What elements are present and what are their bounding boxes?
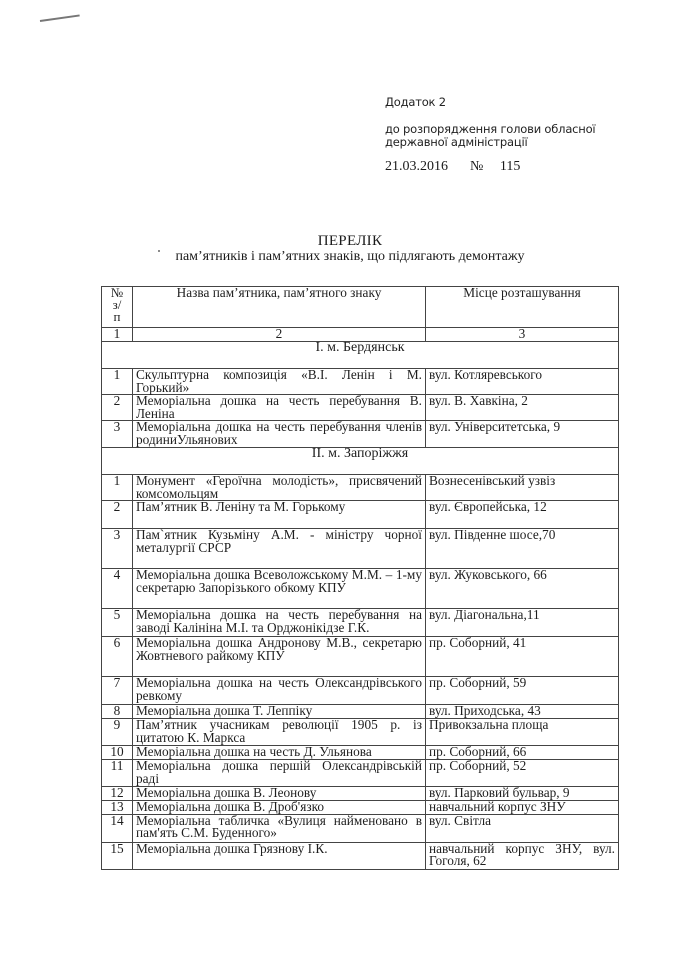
appendix-title: Додаток 2 [385,96,685,109]
cell-num: 14 [102,814,133,842]
cell-name: Меморіальна дошка Грязнову І.К. [133,842,426,869]
table-row: 2Пам’ятник В. Леніну та М. Горькомувул. … [102,501,619,529]
cell-num: 9 [102,719,133,746]
cell-place: вул. Жуковського, 66 [426,569,619,609]
appendix-block: Додаток 2 до розпорядження голови обласн… [385,96,685,175]
cell-name: Пам’ятник В. Леніну та М. Горькому [133,501,426,529]
scan-pen-mark [40,14,80,22]
cell-place: Вознесенівський узвіз [426,475,619,501]
cell-name: Меморіальна дошка на честь перебування В… [133,395,426,421]
order-date-number: 21.03.2016 № 115 [385,159,685,175]
cell-place: вул. Європейська, 12 [426,501,619,529]
table-row: 15Меморіальна дошка Грязнову І.К.навчаль… [102,842,619,869]
table-row: 4Меморіальна дошка Всеволожському М.М. –… [102,569,619,609]
cell-name: Меморіальна дошка Всеволожському М.М. – … [133,569,426,609]
cell-place: навчальний корпус ЗНУ, вул. Гоголя, 62 [426,842,619,869]
cell-num: 2 [102,501,133,529]
cell-place: вул. В. Хавкіна, 2 [426,395,619,421]
table-row: 2Меморіальна дошка на честь перебування … [102,395,619,421]
number-sign: № [470,159,483,174]
cell-num: 6 [102,637,133,677]
table-header-row: №з/п Назва пам’ятника, пам’ятного знаку … [102,287,619,328]
section-title: І. м. Бердянськ [102,342,619,369]
table-row: 3Пам`ятник Кузьміну А.М. - міністру чорн… [102,529,619,569]
cell-num: 1 [102,369,133,395]
order-date: 21.03.2016 [385,159,448,174]
cell-name: Меморіальна табличка «Вулиця найменовано… [133,814,426,842]
section-title: ІІ. м. Запоріжжя [102,448,619,475]
cell-name: Меморіальна дошка Андронову М.В., секрет… [133,637,426,677]
cell-num: 11 [102,760,133,787]
cell-name: Меморіальна дошка на честь перебування н… [133,609,426,637]
cell-name: Пам`ятник Кузьміну А.М. - міністру чорно… [133,529,426,569]
cell-place: Привокзальна площа [426,719,619,746]
table-row: 13Меморіальна дошка В. Дроб'язконавчальн… [102,801,619,815]
cell-num: 2 [102,395,133,421]
cell-place: вул. Котляревського [426,369,619,395]
header-name: Назва пам’ятника, пам’ятного знаку [133,287,426,328]
cell-place: пр. Соборний, 59 [426,677,619,705]
table-row: 5Меморіальна дошка на честь перебування … [102,609,619,637]
cell-name: Меморіальна дошка В. Дроб'язко [133,801,426,815]
cell-name: Меморіальна дошка на честь перебування ч… [133,421,426,448]
cell-num: 5 [102,609,133,637]
cell-place: вул. Світла [426,814,619,842]
cell-place: вул. Університетська, 9 [426,421,619,448]
heading-subtitle: пам’ятників і пам’ятних знаків, що підля… [0,249,700,264]
table-row: 7Меморіальна дошка на честь Олександрівс… [102,677,619,705]
cell-place: навчальний корпус ЗНУ [426,801,619,815]
column-index-1: 1 [102,328,133,342]
cell-place: пр. Соборний, 52 [426,760,619,787]
column-index-3: 3 [426,328,619,342]
cell-num: 13 [102,801,133,815]
table-row: 14Меморіальна табличка «Вулиця найменова… [102,814,619,842]
table-row: 11Меморіальна дошка першій Олександрівсь… [102,760,619,787]
cell-num: 7 [102,677,133,705]
cell-name: Скульптурна композиція «В.І. Ленін і М. … [133,369,426,395]
cell-name: Монумент «Героїчна молодість», присвячен… [133,475,426,501]
section-header-row: І. м. Бердянськ [102,342,619,369]
header-place: Місце розташування [426,287,619,328]
header-number-label: №з/п [111,285,123,324]
cell-name: Меморіальна дошка на честь Олександрівсь… [133,677,426,705]
header-number: №з/п [102,287,133,328]
cell-place: пр. Соборний, 41 [426,637,619,677]
heading-title: ПЕРЕЛІК [0,233,700,249]
table-row: 9Пам’ятник учасникам революції 1905 р. і… [102,719,619,746]
cell-place: вул. Діагональна,11 [426,609,619,637]
table-row: 1Монумент «Героїчна молодість», присвяче… [102,475,619,501]
cell-num: 4 [102,569,133,609]
cell-num: 3 [102,529,133,569]
order-number: 115 [500,159,520,174]
table-row: 6Меморіальна дошка Андронову М.В., секре… [102,637,619,677]
cell-num: 1 [102,475,133,501]
cell-num: 15 [102,842,133,869]
monuments-table: №з/п Назва пам’ятника, пам’ятного знаку … [101,286,619,870]
section-header-row: ІІ. м. Запоріжжя [102,448,619,475]
document-heading: ПЕРЕЛІК пам’ятників і пам’ятних знаків, … [0,233,700,264]
cell-place: вул. Південне шосе,70 [426,529,619,569]
cell-num: 3 [102,421,133,448]
cell-name: Пам’ятник учасникам революції 1905 р. із… [133,719,426,746]
scan-dot [158,250,160,252]
table-row: 1Скульптурна композиція «В.І. Ленін і М.… [102,369,619,395]
cell-name: Меморіальна дошка першій Олександрівські… [133,760,426,787]
table-row: 3Меморіальна дошка на честь перебування … [102,421,619,448]
appendix-line-2: державної адміністрації [385,136,685,149]
